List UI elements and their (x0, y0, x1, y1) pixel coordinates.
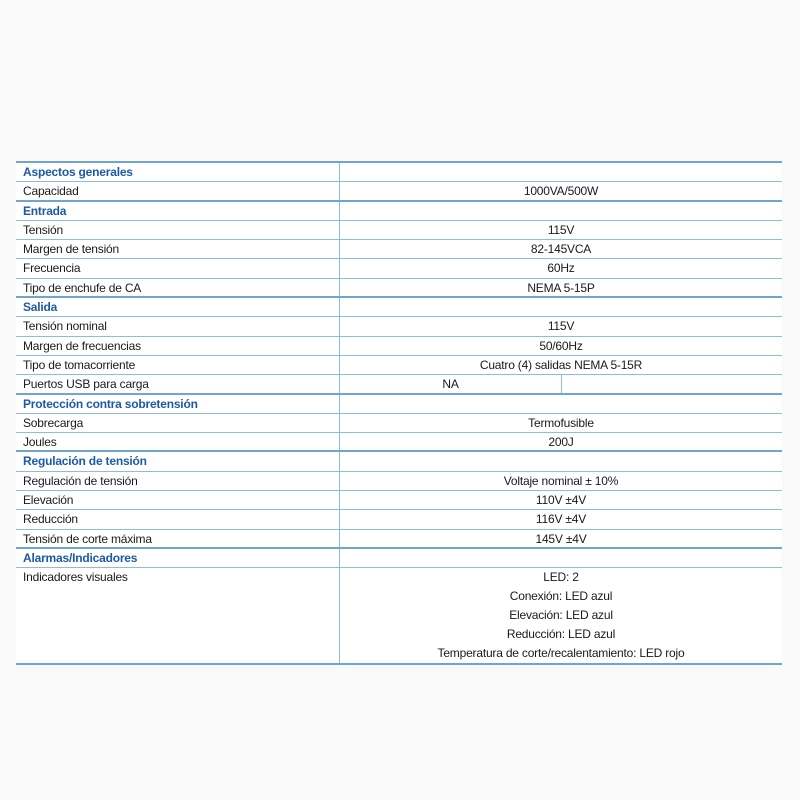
spec-value-cell: LED: 2Conexión: LED azulElevación: LED a… (339, 568, 782, 663)
spec-label: Tensión (16, 221, 339, 239)
spec-value-cell (339, 395, 782, 413)
section-title: Aspectos generales (16, 163, 339, 181)
spec-label: Tipo de tomacorriente (16, 356, 339, 374)
spec-value-cell: 50/60Hz (339, 337, 782, 355)
spec-label: Frecuencia (16, 259, 339, 277)
indicator-line: Conexión: LED azul (340, 587, 782, 606)
indicator-line: Temperatura de corte/recalentamiento: LE… (340, 644, 782, 663)
spec-value: 50/60Hz (340, 337, 782, 355)
spec-row: Puertos USB para cargaNA (16, 375, 782, 394)
spec-value-cell: 110V ±4V (339, 491, 782, 509)
spec-row: Indicadores visualesLED: 2Conexión: LED … (16, 568, 782, 665)
spec-row: Capacidad1000VA/500W (16, 182, 782, 201)
spec-value-cell: Voltaje nominal ± 10% (339, 472, 782, 490)
spec-value-cell: Termofusible (339, 414, 782, 432)
indicator-line: LED: 2 (340, 568, 782, 587)
spec-value: Termofusible (340, 414, 782, 432)
spec-value-cell: 60Hz (339, 259, 782, 277)
spec-label: Capacidad (16, 182, 339, 199)
indicator-line: Reducción: LED azul (340, 625, 782, 644)
spec-row: Regulación de tensiónVoltaje nominal ± 1… (16, 472, 782, 491)
spec-row: Elevación110V ±4V (16, 491, 782, 510)
spec-label: Joules (16, 433, 339, 450)
spec-label: Indicadores visuales (16, 568, 339, 663)
spec-value: 145V ±4V (340, 530, 782, 547)
spec-row: Tipo de tomacorrienteCuatro (4) salidas … (16, 356, 782, 375)
spec-label: Puertos USB para carga (16, 375, 339, 392)
spec-value: 110V ±4V (340, 491, 782, 509)
spec-value-cell (339, 452, 782, 470)
spec-value: Cuatro (4) salidas NEMA 5-15R (340, 356, 782, 374)
section-title: Regulación de tensión (16, 452, 339, 470)
spec-value-cell: 115V (339, 317, 782, 335)
indicator-line: Elevación: LED azul (340, 606, 782, 625)
spec-label: Elevación (16, 491, 339, 509)
spec-value-cell: NEMA 5-15P (339, 279, 782, 296)
spec-value-empty (562, 375, 782, 392)
spec-value-cell: 116V ±4V (339, 510, 782, 528)
spec-row: Tensión nominal115V (16, 317, 782, 336)
spec-value: Voltaje nominal ± 10% (340, 472, 782, 490)
section-title: Alarmas/Indicadores (16, 549, 339, 567)
spec-value: NEMA 5-15P (340, 279, 782, 296)
section-header-row: Regulación de tensión (16, 452, 782, 471)
section-title: Entrada (16, 202, 339, 220)
spec-label: Sobrecarga (16, 414, 339, 432)
spec-value: 82-145VCA (340, 240, 782, 258)
spec-value-cell (339, 202, 782, 220)
spec-value-cell (339, 298, 782, 316)
spec-row: Joules200J (16, 433, 782, 452)
section-header-row: Alarmas/Indicadores (16, 549, 782, 568)
section-header-row: Aspectos generales (16, 163, 782, 182)
specifications-table: Aspectos generalesCapacidad1000VA/500WEn… (16, 161, 782, 665)
spec-label: Tensión nominal (16, 317, 339, 335)
spec-value: 60Hz (340, 259, 782, 277)
spec-value-cell: Cuatro (4) salidas NEMA 5-15R (339, 356, 782, 374)
spec-row: Tensión115V (16, 221, 782, 240)
spec-row: Tensión de corte máxima145V ±4V (16, 530, 782, 549)
spec-row: Tipo de enchufe de CANEMA 5-15P (16, 279, 782, 298)
spec-value: 115V (340, 317, 782, 335)
spec-row: Frecuencia60Hz (16, 259, 782, 278)
spec-value-cell (339, 549, 782, 567)
spec-row: Reducción116V ±4V (16, 510, 782, 529)
spec-label: Reducción (16, 510, 339, 528)
spec-value-cell: 1000VA/500W (339, 182, 782, 199)
spec-value: 116V ±4V (340, 510, 782, 528)
spec-value: 115V (340, 221, 782, 239)
spec-row: SobrecargaTermofusible (16, 414, 782, 433)
spec-value-cell: 145V ±4V (339, 530, 782, 547)
section-header-row: Salida (16, 298, 782, 317)
spec-label: Margen de tensión (16, 240, 339, 258)
spec-value-cell: 82-145VCA (339, 240, 782, 258)
spec-label: Tensión de corte máxima (16, 530, 339, 547)
spec-label: Tipo de enchufe de CA (16, 279, 339, 296)
spec-value-cell (339, 163, 782, 181)
section-title: Salida (16, 298, 339, 316)
section-header-row: Entrada (16, 202, 782, 221)
spec-value-cell: 115V (339, 221, 782, 239)
spec-label: Margen de frecuencias (16, 337, 339, 355)
spec-value: NA (340, 375, 562, 392)
section-title: Protección contra sobretensión (16, 395, 339, 413)
spec-value-cell: 200J (339, 433, 782, 450)
spec-row: Margen de frecuencias50/60Hz (16, 337, 782, 356)
section-header-row: Protección contra sobretensión (16, 395, 782, 414)
spec-label: Regulación de tensión (16, 472, 339, 490)
spec-value: 1000VA/500W (340, 182, 782, 199)
spec-value-cell: NA (339, 375, 782, 392)
spec-row: Margen de tensión82-145VCA (16, 240, 782, 259)
spec-value: 200J (340, 433, 782, 450)
